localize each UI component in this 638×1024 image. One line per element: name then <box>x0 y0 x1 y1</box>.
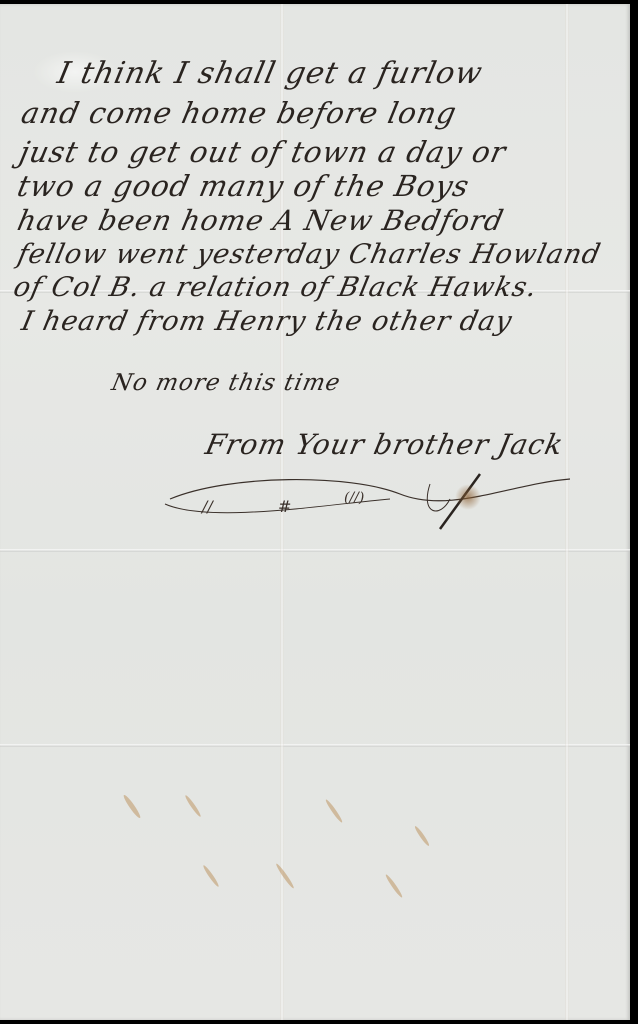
letter-line: I think I shall get a furlow <box>54 56 486 91</box>
letter-line: just to get out of town a day or <box>16 135 509 169</box>
stain <box>384 873 403 898</box>
stain <box>202 864 220 888</box>
signature-flourish-icon: // # (//) <box>150 444 610 534</box>
closing-line: No more this time <box>109 370 343 396</box>
stain <box>275 863 295 890</box>
stain <box>413 825 430 847</box>
letter-line: of Col B. a relation of Black Hawks. <box>11 272 541 303</box>
svg-text:#: # <box>278 497 291 516</box>
ink-blot <box>455 484 481 510</box>
svg-text://: // <box>200 497 214 516</box>
letter-line: and come home before long <box>18 96 460 130</box>
letter-page: I think I shall get a furlow and come ho… <box>0 4 630 1020</box>
letter-line: two a good many of the Boys <box>14 169 472 203</box>
stain <box>184 794 202 818</box>
letter-line: fellow went yesterday Charles Howland <box>15 239 604 270</box>
stain <box>324 798 343 823</box>
fold-crease <box>0 744 630 747</box>
letter-line: I heard from Henry the other day <box>19 306 515 337</box>
stain <box>122 794 142 820</box>
svg-text:(//): (//) <box>344 490 364 506</box>
letter-line: have been home A New Bedford <box>14 204 507 237</box>
fold-crease <box>0 549 630 552</box>
